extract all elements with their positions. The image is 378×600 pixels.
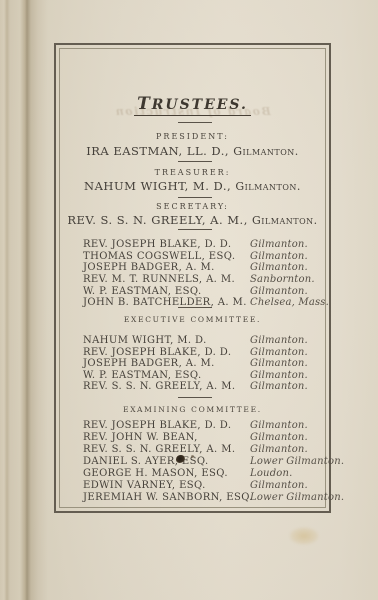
committee-member-row: NAHUM WIGHT, M. D. Gilmanton. bbox=[54, 335, 331, 347]
trustees-list: REV. JOSEPH BLAKE, D. D. Gilmanton. THOM… bbox=[54, 239, 331, 309]
member-name: EDWIN VARNEY, ESQ. bbox=[83, 480, 206, 491]
member-place: Chelsea, Mass. bbox=[250, 297, 329, 308]
member-name: REV. S. S. N. GREELY, A. M. bbox=[83, 444, 235, 455]
executive-committee-list: NAHUM WIGHT, M. D. Gilmanton. REV. JOSEP… bbox=[54, 335, 331, 393]
committee-member-row: REV. JOHN W. BEAN, Gilmanton. bbox=[54, 432, 331, 444]
member-name: W. P. EASTMAN, ESQ. bbox=[83, 370, 202, 381]
committee-member-row: REV. S. S. N. GREELY, A. M. Gilmanton. bbox=[54, 381, 331, 393]
member-name: JOSEPH BADGER, A. M. bbox=[83, 262, 215, 273]
member-place: Loudon. bbox=[250, 468, 293, 479]
member-place: Gilmanton. bbox=[250, 262, 308, 273]
committee-member-row: W. P. EASTMAN, ESQ. Gilmanton. bbox=[54, 370, 331, 382]
trustee-row: REV. M. T. RUNNELS, A. M. Sanbornton. bbox=[54, 274, 331, 286]
officer-heading-secretary: SECRETARY: bbox=[54, 202, 331, 211]
page-content: Board of Instruction TRUSTEES. PRESIDENT… bbox=[54, 43, 331, 513]
member-place: Gilmanton. bbox=[250, 420, 308, 431]
officer-line-treasurer: NAHUM WIGHT, M. D., Gilmanton. bbox=[54, 179, 331, 193]
section-divider bbox=[178, 197, 212, 198]
section-divider bbox=[178, 307, 212, 308]
officer-name: IRA EASTMAN, LL. D., bbox=[86, 144, 229, 158]
officer-name: REV. S. S. N. GREELY, A. M., bbox=[67, 213, 248, 227]
committee-member-row: REV. JOSEPH BLAKE, D. D. Gilmanton. bbox=[54, 420, 331, 432]
member-name: GEORGE H. MASON, ESQ. bbox=[83, 468, 228, 479]
trustee-row: W. P. EASTMAN, ESQ. Gilmanton. bbox=[54, 286, 331, 298]
member-name: JOSEPH BADGER, A. M. bbox=[83, 358, 215, 369]
member-name: THOMAS COGSWELL, ESQ. bbox=[83, 251, 235, 262]
officer-line-president: IRA EASTMAN, LL. D., Gilmanton. bbox=[54, 144, 331, 158]
member-place: Gilmanton. bbox=[250, 358, 308, 369]
member-place: Gilmanton. bbox=[250, 347, 308, 358]
officer-line-secretary: REV. S. S. N. GREELY, A. M., Gilmanton. bbox=[54, 213, 331, 227]
examining-committee-heading: EXAMINING COMMITTEE. bbox=[54, 405, 331, 414]
section-divider bbox=[178, 161, 212, 162]
member-name: REV. S. S. N. GREELY, A. M. bbox=[83, 381, 235, 392]
member-name: REV. JOSEPH BLAKE, D. D. bbox=[83, 239, 231, 250]
member-name: NAHUM WIGHT, M. D. bbox=[83, 335, 207, 346]
committee-member-row: JOSEPH BADGER, A. M. Gilmanton. bbox=[54, 358, 331, 370]
member-place: Gilmanton. bbox=[250, 444, 308, 455]
committee-member-row: GEORGE H. MASON, ESQ. Loudon. bbox=[54, 468, 331, 480]
trustee-row: JOSEPH BADGER, A. M. Gilmanton. bbox=[54, 262, 331, 274]
member-name: REV. JOSEPH BLAKE, D. D. bbox=[83, 420, 231, 431]
member-place: Gilmanton. bbox=[250, 335, 308, 346]
member-place: Gilmanton. bbox=[250, 432, 308, 443]
examining-committee-list: REV. JOSEPH BLAKE, D. D. Gilmanton. REV.… bbox=[54, 420, 331, 504]
executive-committee-heading: EXECUTIVE COMMITTEE. bbox=[54, 315, 331, 324]
member-place: Sanbornton. bbox=[250, 274, 315, 285]
trustee-row: REV. JOSEPH BLAKE, D. D. Gilmanton. bbox=[54, 239, 331, 251]
member-place: Gilmanton. bbox=[250, 480, 308, 491]
paper-stain bbox=[289, 527, 319, 545]
book-page-scan: Board of Instruction TRUSTEES. PRESIDENT… bbox=[0, 0, 378, 600]
member-place: Gilmanton. bbox=[250, 381, 308, 392]
member-name: W. P. EASTMAN, ESQ. bbox=[83, 286, 202, 297]
ink-speck bbox=[191, 455, 194, 458]
officer-place: Gilmanton. bbox=[233, 145, 299, 158]
member-place: Lower Gilmanton. bbox=[250, 456, 344, 467]
page-title-text: TRUSTEES. bbox=[134, 94, 251, 116]
member-name: JEREMIAH W. SANBORN, ESQ. bbox=[83, 492, 253, 503]
section-divider bbox=[178, 122, 212, 123]
member-name: DANIEL S. AYER, ESQ. bbox=[83, 456, 209, 467]
committee-member-row: JEREMIAH W. SANBORN, ESQ. Lower Gilmanto… bbox=[54, 492, 331, 504]
committee-member-row: EDWIN VARNEY, ESQ. Gilmanton. bbox=[54, 480, 331, 492]
officer-heading-treasurer: TREASURER: bbox=[54, 168, 331, 177]
officer-name: NAHUM WIGHT, M. D., bbox=[84, 179, 231, 193]
section-divider bbox=[178, 397, 212, 398]
officer-place: Gilmanton. bbox=[235, 180, 301, 193]
member-place: Lower Gilmanton. bbox=[250, 492, 344, 503]
trustee-row: THOMAS COGSWELL, ESQ. Gilmanton. bbox=[54, 251, 331, 263]
officer-place: Gilmanton. bbox=[252, 214, 318, 227]
member-place: Gilmanton. bbox=[250, 239, 308, 250]
member-place: Gilmanton. bbox=[250, 370, 308, 381]
member-place: Gilmanton. bbox=[250, 251, 308, 262]
page-title: TRUSTEES. bbox=[54, 94, 331, 116]
officer-heading-president: PRESIDENT: bbox=[54, 132, 331, 141]
member-place: Gilmanton. bbox=[250, 286, 308, 297]
member-name: JOHN B. BATCHELDER, A. M. bbox=[83, 297, 247, 308]
section-divider bbox=[178, 229, 212, 230]
member-name: REV. JOSEPH BLAKE, D. D. bbox=[83, 347, 231, 358]
committee-member-row: REV. JOSEPH BLAKE, D. D. Gilmanton. bbox=[54, 347, 331, 359]
member-name: REV. M. T. RUNNELS, A. M. bbox=[83, 274, 235, 285]
member-name: REV. JOHN W. BEAN, bbox=[83, 432, 198, 443]
